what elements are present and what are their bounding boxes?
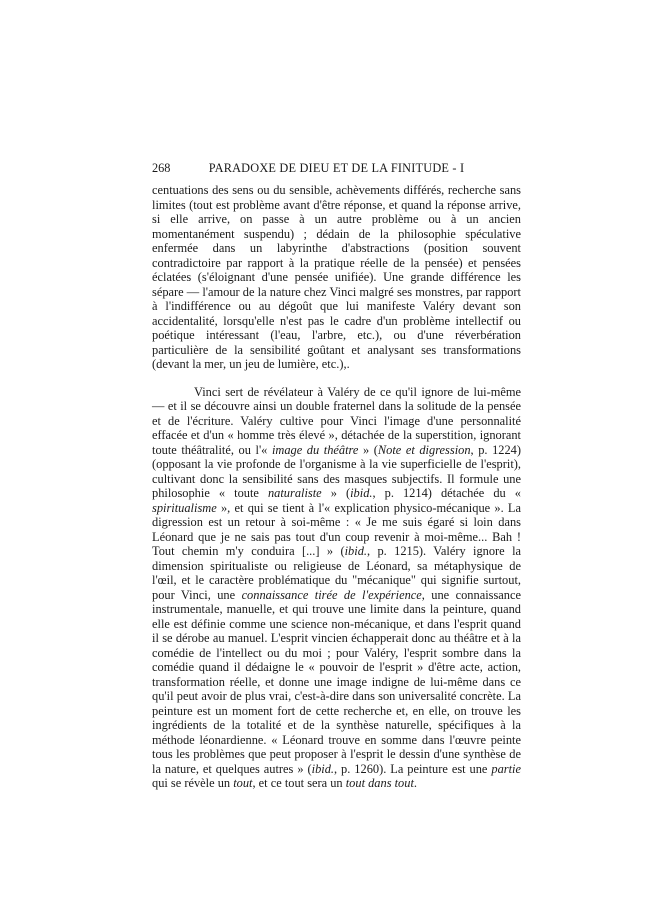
- text-run: ibid.: [345, 544, 367, 558]
- text-run: naturaliste: [268, 486, 322, 500]
- text-run: Note et digression: [378, 443, 471, 457]
- text-run: centuations des sens ou du sensible, ach…: [152, 183, 521, 371]
- text-run: .: [414, 776, 417, 790]
- book-page: 268 PARADOXE DE DIEU ET DE LA FINITUDE -…: [0, 0, 650, 920]
- text-run: , une connaissance instrumentale, manuel…: [152, 588, 521, 776]
- text-run: spiritualisme: [152, 501, 217, 515]
- page-header: 268 PARADOXE DE DIEU ET DE LA FINITUDE -…: [152, 161, 521, 177]
- running-title: PARADOXE DE DIEU ET DE LA FINITUDE - I: [152, 161, 521, 175]
- text-run: tout: [233, 776, 252, 790]
- text-run: tout dans tout: [346, 776, 414, 790]
- text-run: connaissance tirée de l'expérience: [242, 588, 422, 602]
- text-run: partie: [491, 762, 521, 776]
- text-run: » (: [322, 486, 350, 500]
- text-run: » (: [358, 443, 377, 457]
- text-run: image du théâtre: [272, 443, 358, 457]
- paragraph: centuations des sens ou du sensible, ach…: [152, 183, 521, 372]
- page-content: 268 PARADOXE DE DIEU ET DE LA FINITUDE -…: [152, 161, 521, 791]
- paragraph: Vinci sert de révélateur à Valéry de ce …: [152, 385, 521, 791]
- text-run: , p. 1260). La peinture est une: [334, 762, 491, 776]
- text-run: ibid.: [312, 762, 334, 776]
- page-number: 268: [152, 161, 170, 175]
- text-run: qui se révèle un: [152, 776, 233, 790]
- text-run: , et ce tout sera un: [252, 776, 345, 790]
- text-run: ibid.: [350, 486, 372, 500]
- page-body-text: centuations des sens ou du sensible, ach…: [152, 183, 521, 791]
- text-run: , p. 1214) détachée du «: [372, 486, 521, 500]
